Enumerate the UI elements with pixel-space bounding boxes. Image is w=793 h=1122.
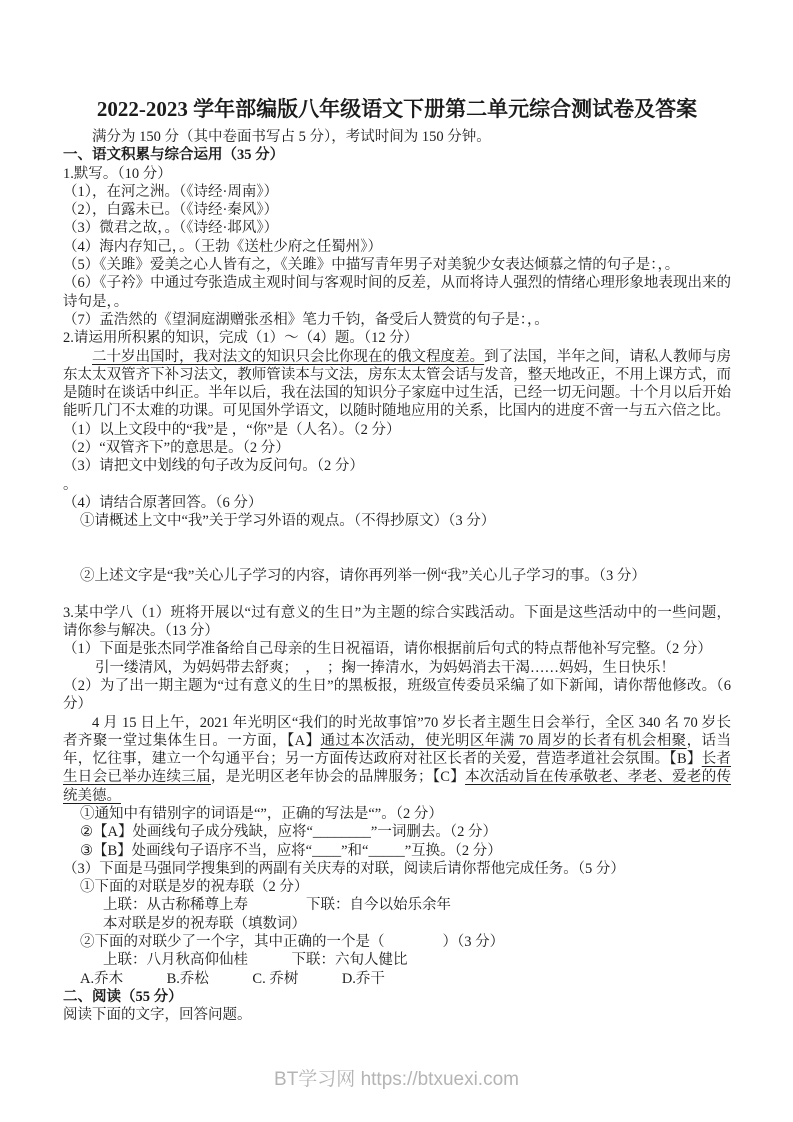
text-segment: 二、阅读（55 分） <box>63 989 183 1005</box>
text-segment: 1.默写。（10 分） <box>63 166 172 182</box>
underlined-text: 通过本次活动，使光明区年满 70 周岁的长者有机会相聚 <box>321 733 687 749</box>
text-line: 二、阅读（55 分） <box>63 988 731 1006</box>
text-segment: （3）下面是马强同学搜集到的两副有关庆寿的对联，阅读后请你帮他完成任务。（5 分… <box>63 861 625 877</box>
text-line: ①下面的对联是岁的祝寿联（2 分） <box>63 878 731 896</box>
text-segment: （5）《关雎》爱美之心人皆有之，《关雎》中描写青年男子对美貌少女表达倾慕之情的句… <box>63 257 679 273</box>
text-segment: （2）为了出一期主题为“过有意义的生日”的黑板报，班级宣传委员采编了如下新闻，请… <box>63 678 731 712</box>
text-line: 2.请运用所积累的知识，完成（1）～（4）题。（12 分） <box>63 329 731 347</box>
text-segment: 2.请运用所积累的知识，完成（1）～（4）题。（12 分） <box>63 330 418 346</box>
text-segment: 阅读下面的文字，回答问题。 <box>63 1007 252 1023</box>
text-segment: ③【B】处画线句子语序不当，应将“____”和“_____”互换。（2 分） <box>80 843 502 859</box>
text-line: 二十岁出国时，我对法文的知识只会比你现在的俄文程度差。到了法国，半年之间，请私人… <box>63 348 731 421</box>
text-line: （5）《关雎》爱美之心人皆有之，《关雎》中描写青年男子对美貌少女表达倾慕之情的句… <box>63 256 731 274</box>
text-segment: ，是光明区老年协会的品牌服务；【C】 <box>211 769 465 785</box>
document-body: 满分为 150 分（其中卷面书写占 5 分），考试时间为 150 分钟。一、语文… <box>63 128 731 1025</box>
text-segment: ②上述文字是“我”关心儿子学习的内容，请你再列举一例“我”关心儿子学习的事。（3… <box>80 568 646 584</box>
text-line: （2）为了出一期主题为“过有意义的生日”的黑板报，班级宣传委员采编了如下新闻，请… <box>63 677 731 714</box>
text-segment: （1），在河之洲。（《诗经·周南》） <box>63 184 278 200</box>
text-line: ②下面的对联少了一个字，其中正确的一个是（ ）（3 分） <box>63 933 731 951</box>
text-line: （4）请结合原著回答。（6 分） <box>63 494 731 512</box>
text-line: （3）请把文中划线的句子改为反问句。（2 分） <box>63 457 731 475</box>
text-line: （2）“双管齐下”的意思是。（2 分） <box>63 439 731 457</box>
text-segment: ①下面的对联是岁的祝寿联（2 分） <box>80 879 308 895</box>
text-line: （3）微君之故，。（《诗经·邶风》） <box>63 219 731 237</box>
text-line: （4）海内存知己，。（王勃《送杜少府之任蜀州》） <box>63 238 731 256</box>
text-segment: A.乔木 B.乔松 C. 乔树 D.乔干 <box>80 971 385 987</box>
text-segment: ①通知中有错别字的词语是“”，正确的写法是“”。（2 分） <box>80 806 443 822</box>
text-line: ①请概述上文中“我”关于学习外语的观点。（不得抄原文）（3 分） <box>63 512 731 530</box>
text-line: ②上述文字是“我”关心儿子学习的内容，请你再列举一例“我”关心儿子学习的事。（3… <box>63 567 731 585</box>
text-segment: ①请概述上文中“我”关于学习外语的观点。（不得抄原文）（3 分） <box>80 513 495 529</box>
text-segment: 引一缕清风，为妈妈带去舒爽； ， ；掬一捧清水，为妈妈消去干渴……妈妈，生日快乐… <box>95 660 675 676</box>
text-line: 上联：八月秋高仰仙桂 下联：六旬人健比 <box>63 951 731 969</box>
text-segment: 满分为 150 分（其中卷面书写占 5 分），考试时间为 150 分钟。 <box>92 129 491 145</box>
text-segment: 3.某中学八（1）班将开展以“过有意义的生日”为主题的综合实践活动。下面是这些活… <box>63 605 731 639</box>
exam-page: 2022-2023 学年部编版八年级语文下册第二单元综合测试卷及答案 满分为 1… <box>0 0 793 1122</box>
text-segment: （4）海内存知己，。（王勃《送杜少府之任蜀州》） <box>63 239 382 255</box>
text-line: （7）孟浩然的《望洞庭湖赠张丞相》笔力千钧，备受后人赞赏的句子是：，。 <box>63 311 731 329</box>
text-segment: 上联：从古称稀尊上寿 下联：自今以始乐余年 <box>103 897 451 913</box>
text-line: （6）《子衿》中通过夸张造成主观时间与客观时间的反差，从而将诗人强烈的情绪心理形… <box>63 274 731 311</box>
document-title: 2022-2023 学年部编版八年级语文下册第二单元综合测试卷及答案 <box>63 95 731 123</box>
text-line: 3.某中学八（1）班将开展以“过有意义的生日”为主题的综合实践活动。下面是这些活… <box>63 604 731 641</box>
text-line: 本对联是岁的祝寿联（填数词） <box>63 915 731 933</box>
text-segment: （7）孟浩然的《望洞庭湖赠张丞相》笔力千钧，备受后人赞赏的句子是：，。 <box>63 312 549 328</box>
text-segment: （3）请把文中划线的句子改为反问句。（2 分） <box>63 458 364 474</box>
text-line: （1）下面是张杰同学准备给自己母亲的生日祝福语，请你根据前后句式的特点帮他补写完… <box>63 640 731 658</box>
text-segment: ②【A】处画线句子成分残缺，应将“________”一词删去。（2 分） <box>80 824 497 840</box>
text-segment: （6）《子衿》中通过夸张造成主观时间与客观时间的反差，从而将诗人强烈的情绪心理形… <box>63 275 731 309</box>
text-segment: （1）下面是张杰同学准备给自己母亲的生日祝福语，请你根据前后句式的特点帮他补写完… <box>63 641 712 657</box>
text-segment: 一、语文积累与综合运用（35 分） <box>63 147 284 163</box>
text-line: ②【A】处画线句子成分残缺，应将“________”一词删去。（2 分） <box>63 823 731 841</box>
text-segment: 本对联是岁的祝寿联（填数词） <box>103 916 306 932</box>
document-content: 2022-2023 学年部编版八年级语文下册第二单元综合测试卷及答案 满分为 1… <box>63 95 731 1025</box>
text-line: 。 <box>63 476 731 494</box>
text-line: 1.默写。（10 分） <box>63 165 731 183</box>
underlined-text: 二十岁出国时，我对法文的知识只会比你现在的俄文程度差。 <box>92 349 484 365</box>
text-segment: （4）请结合原著回答。（6 分） <box>63 495 262 511</box>
text-segment: 。 <box>63 477 78 493</box>
text-segment: （3）微君之故，。（《诗经·邶风》） <box>63 220 278 236</box>
text-line: （2），白露未已。（《诗经·秦风》） <box>63 201 731 219</box>
text-line: 上联：从古称稀尊上寿 下联：自今以始乐余年 <box>63 896 731 914</box>
text-line: 引一缕清风，为妈妈带去舒爽； ， ；掬一捧清水，为妈妈消去干渴……妈妈，生日快乐… <box>63 659 731 677</box>
text-line: 阅读下面的文字，回答问题。 <box>63 1006 731 1024</box>
text-line: 一、语文积累与综合运用（35 分） <box>63 146 731 164</box>
text-segment: （2）“双管齐下”的意思是。（2 分） <box>63 440 290 456</box>
text-line: ③【B】处画线句子语序不当，应将“____”和“_____”互换。（2 分） <box>63 842 731 860</box>
text-segment: ②下面的对联少了一个字，其中正确的一个是（ ）（3 分） <box>80 934 504 950</box>
text-line: （1），在河之洲。（《诗经·周南》） <box>63 183 731 201</box>
text-line: A.乔木 B.乔松 C. 乔树 D.乔干 <box>63 970 731 988</box>
text-segment: （1）以上文段中的“我”是 ，“你”是（人名）。（2 分） <box>63 422 401 438</box>
text-line: 4 月 15 日上午，2021 年光明区“我们的时光故事馆”70 岁长者主题生日… <box>63 714 731 805</box>
footer-watermark: BT学习网 https://btxuexi.com <box>0 1064 793 1091</box>
text-line: （3）下面是马强同学搜集到的两副有关庆寿的对联，阅读后请你帮他完成任务。（5 分… <box>63 860 731 878</box>
text-line: （1）以上文段中的“我”是 ，“你”是（人名）。（2 分） <box>63 421 731 439</box>
text-segment: 上联：八月秋高仰仙桂 下联：六旬人健比 <box>103 952 408 968</box>
text-line: 满分为 150 分（其中卷面书写占 5 分），考试时间为 150 分钟。 <box>63 128 731 146</box>
text-segment: （2），白露未已。（《诗经·秦风》） <box>63 202 278 218</box>
text-line: ①通知中有错别字的词语是“”，正确的写法是“”。（2 分） <box>63 805 731 823</box>
